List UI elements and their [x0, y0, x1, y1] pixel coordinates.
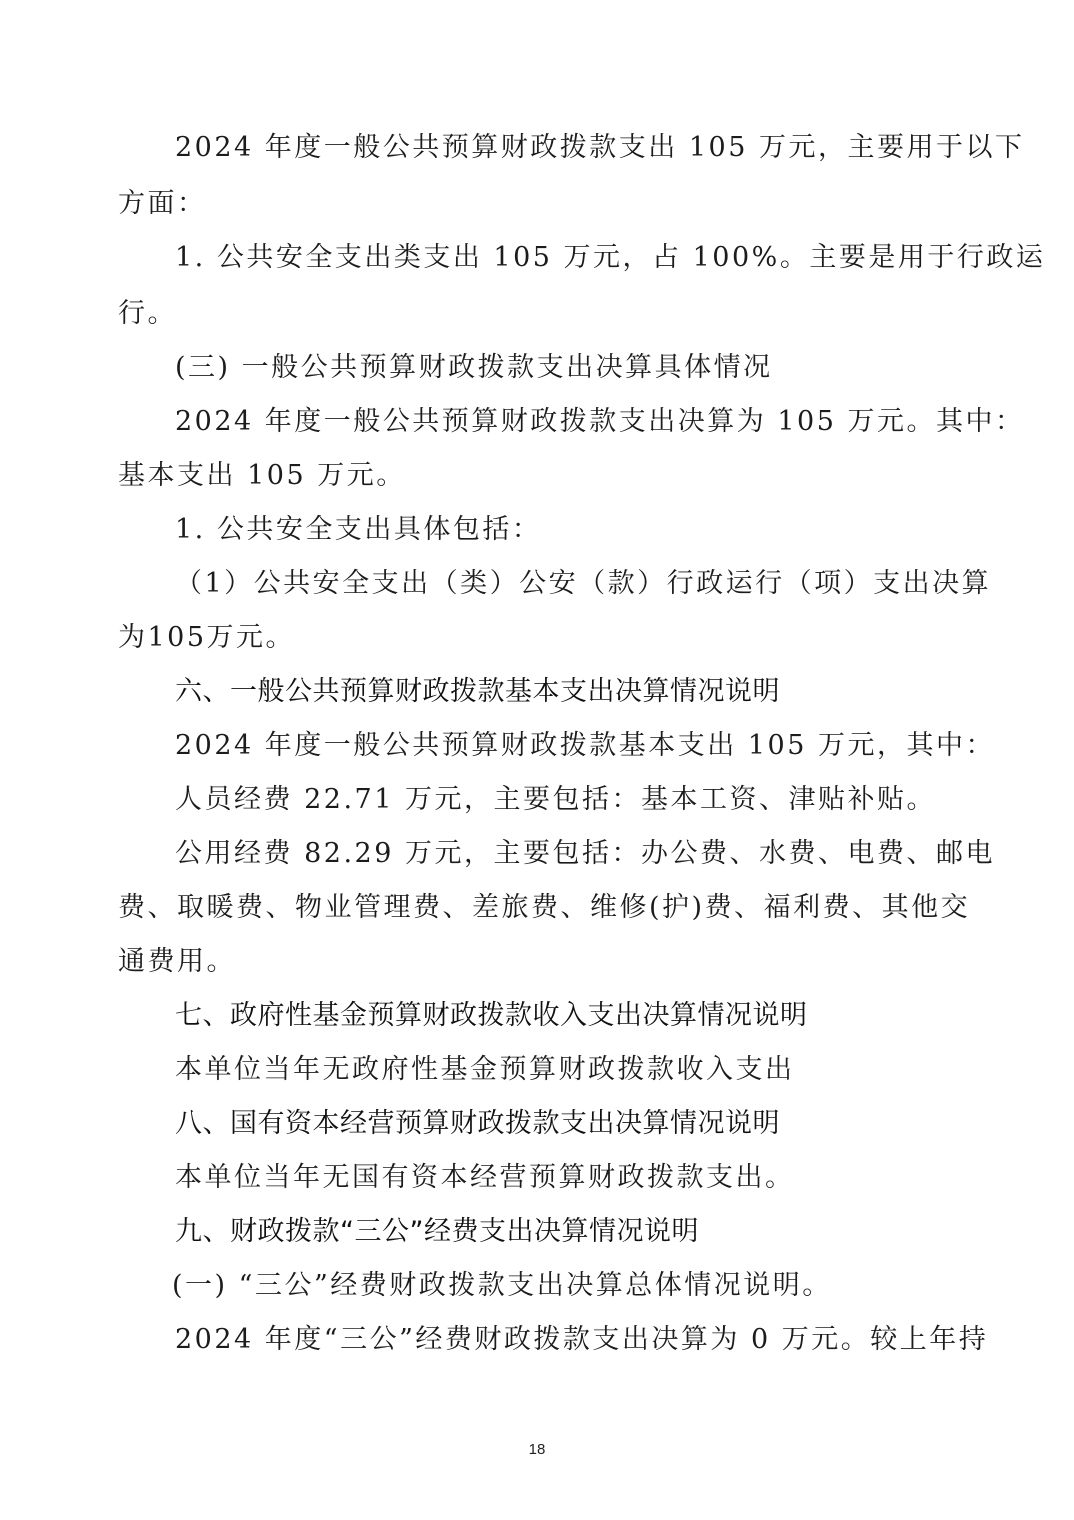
paragraph-line: 2024 年度“三公”经费财政拨款支出决算为 0 万元。较上年持 — [175, 1322, 988, 1358]
paragraph-line: 行。 — [118, 296, 177, 332]
paragraph-line: 本单位当年无国有资本经营预算财政拨款支出。 — [175, 1160, 795, 1196]
paragraph-line: 本单位当年无政府性基金预算财政拨款收入支出 — [175, 1052, 795, 1088]
paragraph-line: 2024 年度一般公共预算财政拨款基本支出 105 万元，其中： — [175, 728, 995, 764]
paragraph-line: 公用经费 82.29 万元，主要包括：办公费、水费、电费、邮电 — [175, 836, 995, 872]
paragraph-line: （1）公共安全支出（类）公安（款）行政运行（项）支出决算 — [175, 566, 991, 602]
subsection-heading: (三) 一般公共预算财政拨款支出决算具体情况 — [175, 350, 773, 386]
paragraph-line: 1. 公共安全支出具体包括： — [175, 512, 541, 548]
section-heading-8: 八、国有资本经营预算财政拨款支出决算情况说明 — [175, 1106, 780, 1142]
paragraph-line: 2024 年度一般公共预算财政拨款支出决算为 105 万元。其中： — [175, 404, 1025, 440]
section-heading-6: 六、一般公共预算财政拨款基本支出决算情况说明 — [175, 674, 780, 710]
paragraph-line: 基本支出 105 万元。 — [118, 458, 406, 494]
document-page: 2024 年度一般公共预算财政拨款支出 105 万元，主要用于以下 方面： 1.… — [0, 0, 1074, 1520]
paragraph-line: 人员经费 22.71 万元，主要包括：基本工资、津贴补贴。 — [175, 782, 936, 818]
paragraph-line: 费、取暖费、物业管理费、差旅费、维修(护)费、福利费、其他交 — [118, 890, 970, 926]
paragraph-line: 方面： — [118, 186, 207, 222]
paragraph-line: 1. 公共安全支出类支出 105 万元，占 100%。主要是用于行政运 — [175, 240, 1045, 276]
section-heading-7: 七、政府性基金预算财政拨款收入支出决算情况说明 — [175, 998, 808, 1034]
section-heading-9: 九、财政拨款“三公”经费支出决算情况说明 — [175, 1214, 699, 1250]
subsection-heading: (一) “三公”经费财政拨款支出决算总体情况说明。 — [172, 1268, 832, 1304]
paragraph-line: 2024 年度一般公共预算财政拨款支出 105 万元，主要用于以下 — [175, 130, 1025, 166]
page-number: 18 — [0, 1441, 1074, 1458]
paragraph-line: 通费用。 — [118, 944, 236, 980]
paragraph-line: 为105万元。 — [118, 620, 295, 656]
